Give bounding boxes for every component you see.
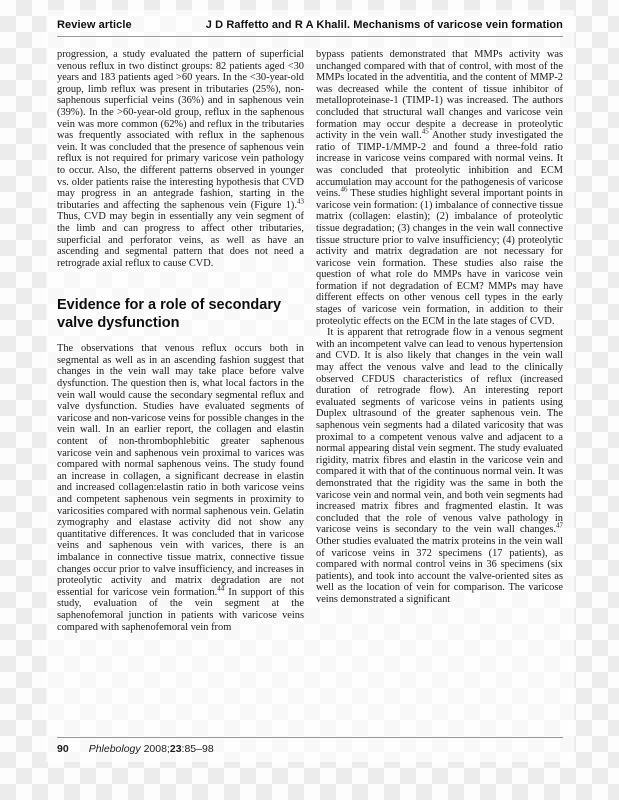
left-column: progression, a study evaluated the patte…: [57, 49, 304, 633]
paragraph-text: These studies highlight several importan…: [316, 188, 563, 327]
reference-superscript: 45: [422, 128, 429, 136]
page-background: Review article J D Raffetto and R A Khal…: [0, 0, 619, 800]
reference-superscript: 43: [297, 197, 304, 205]
paragraph-text: Other studies evaluated the matrix prote…: [316, 536, 563, 605]
running-head-left: Review article: [57, 19, 132, 31]
paragraph-text: Thus, CVD may begin in essentially any v…: [57, 211, 304, 268]
journal-name: Phlebology: [89, 743, 141, 755]
citation-year: 2008;: [141, 743, 170, 755]
reference-superscript: 47: [556, 522, 563, 530]
paragraph-continuation: progression, a study evaluated the patte…: [57, 49, 304, 269]
citation-pages: :85–98: [182, 743, 214, 755]
page-footer: 90Phlebology 2008;23:85–98: [57, 743, 214, 755]
article-body: progression, a study evaluated the patte…: [57, 49, 563, 633]
reference-superscript: 46: [341, 186, 348, 194]
paragraph-text: bypass patients demonstrated that MMPs a…: [316, 49, 563, 141]
section-heading: Evidence for a role of secondary valve d…: [57, 296, 304, 332]
running-head-right: J D Raffetto and R A Khalil. Mechanisms …: [206, 19, 563, 31]
paragraph-text: It is apparent that retrograde flow in a…: [316, 327, 563, 535]
footer-rule: [57, 737, 563, 738]
paragraph-text: progression, a study evaluated the patte…: [57, 49, 304, 211]
paragraph: The observations that venous reflux occu…: [57, 343, 304, 633]
right-column: bypass patients demonstrated that MMPs a…: [316, 49, 563, 633]
header-rule: [57, 36, 563, 37]
volume-number: 23: [170, 743, 182, 755]
paragraph: It is apparent that retrograde flow in a…: [316, 327, 563, 605]
paragraph-continuation: bypass patients demonstrated that MMPs a…: [316, 49, 563, 327]
paragraph-text: The observations that venous reflux occu…: [57, 343, 304, 597]
page-header: Review article J D Raffetto and R A Khal…: [57, 19, 563, 31]
page-number: 90: [57, 743, 69, 755]
